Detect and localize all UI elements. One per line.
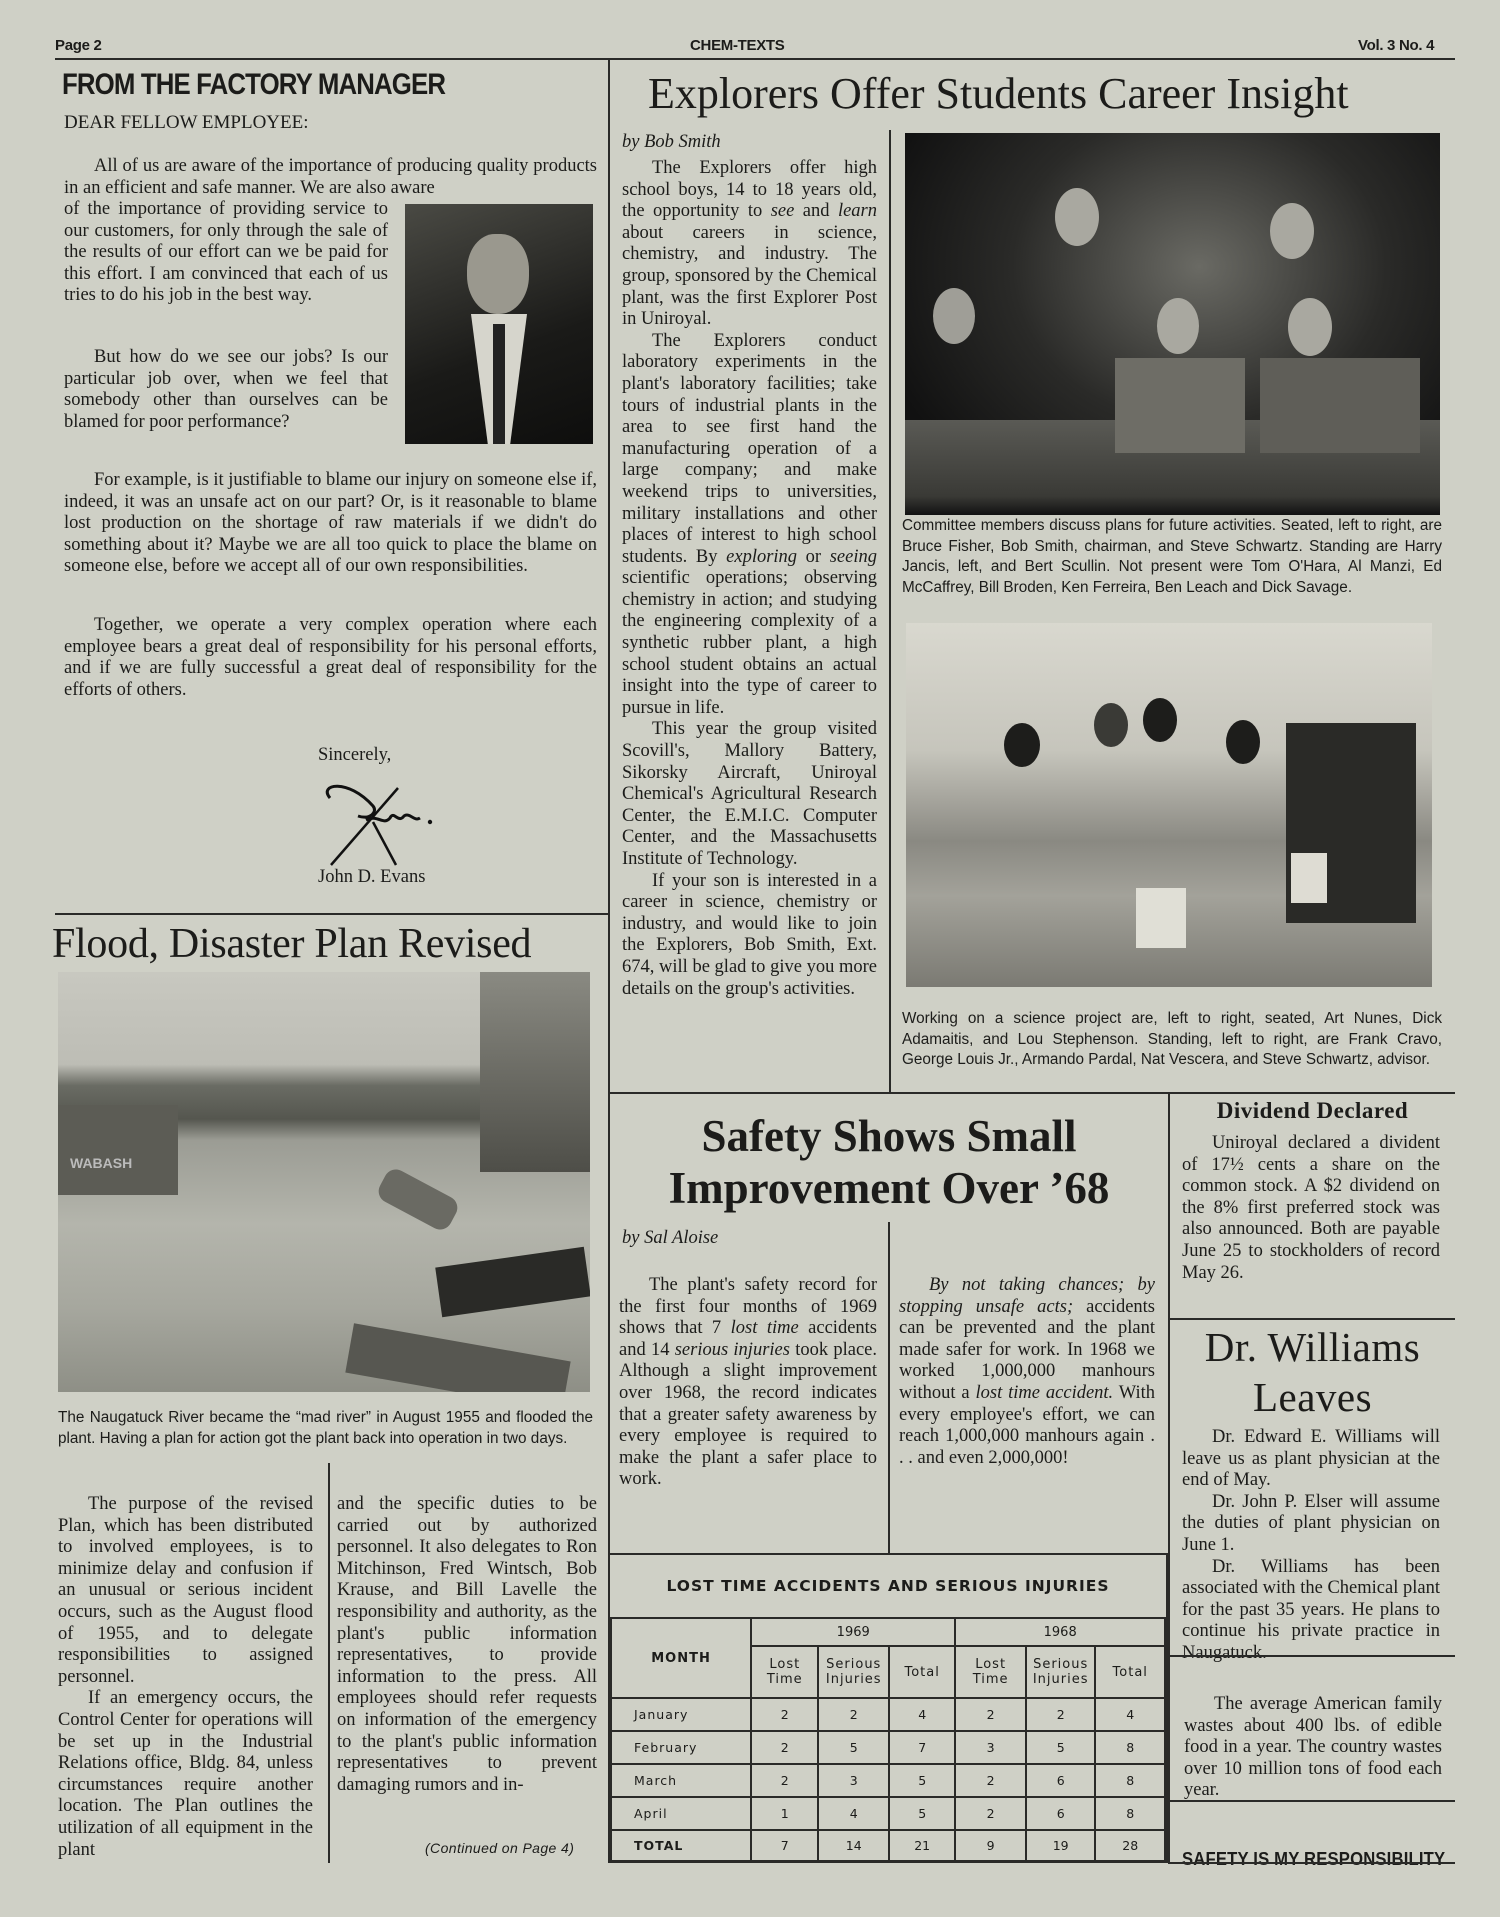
cell: 3 — [818, 1764, 889, 1797]
flood-column-1: The purpose of the revised Plan, which h… — [58, 1494, 313, 1861]
cell: 14 — [818, 1830, 889, 1861]
manager-portrait-photo — [405, 204, 593, 444]
cell: 5 — [889, 1797, 955, 1830]
bottom-rule — [1168, 1862, 1455, 1864]
safety-headline-line-1: Safety Shows Small — [610, 1110, 1168, 1162]
column-divider-explorers — [889, 130, 891, 1092]
explorers-byline: by Bob Smith — [622, 132, 721, 153]
col-serious-injuries: Serious Injuries — [1026, 1646, 1096, 1698]
table-total-row: TOTAL 71421 91928 — [611, 1830, 1165, 1861]
floating-tank — [374, 1165, 461, 1233]
student-head — [1004, 723, 1040, 767]
explorers-headline: Explorers Offer Students Career Insight — [648, 68, 1349, 119]
cell: 3 — [955, 1731, 1026, 1764]
williams-headline-line-1: Dr. Williams — [1170, 1322, 1455, 1372]
section-rule-food-top — [1168, 1655, 1455, 1657]
publication-title: CHEM-TEXTS — [690, 37, 785, 54]
boxcar-label: WABASH — [70, 1155, 132, 1171]
safety-column-1: The plant's safety record for the first … — [619, 1275, 877, 1491]
person-body — [1115, 358, 1245, 453]
cell: 9 — [955, 1830, 1026, 1861]
cell: 4 — [818, 1797, 889, 1830]
student-head — [1226, 720, 1260, 764]
continued-note[interactable]: (Continued on Page 4) — [425, 1840, 574, 1856]
safety-byline: by Sal Aloise — [622, 1228, 718, 1249]
cell: 5 — [818, 1731, 889, 1764]
safety-headline-line-2: Improvement Over ’68 — [610, 1162, 1168, 1214]
signature-icon — [318, 780, 438, 870]
williams-body: Dr. Edward E. Williams will leave us as … — [1182, 1427, 1440, 1665]
person-head — [1055, 188, 1099, 246]
cell: 7 — [751, 1830, 818, 1861]
page-number: Page 2 — [55, 37, 102, 54]
flood-column-divider — [328, 1463, 330, 1863]
flood-headline: Flood, Disaster Plan Revised — [52, 920, 531, 968]
letter-closing: Sincerely, — [318, 745, 391, 766]
williams-headline: Dr. Williams Leaves — [1170, 1322, 1455, 1422]
accidents-table: MONTH 1969 1968 Lost Time Serious Injuri… — [610, 1617, 1166, 1862]
committee-photo-caption: Committee members discuss plans for futu… — [902, 516, 1442, 598]
safety-slogan: SAFETY IS MY RESPONSIBILITY — [1182, 1848, 1445, 1870]
cell: 4 — [1095, 1698, 1165, 1731]
cell: 5 — [1026, 1731, 1096, 1764]
debris — [345, 1323, 570, 1392]
portrait-tie — [493, 324, 505, 444]
portrait-face — [467, 234, 529, 314]
table-row: January 224 224 — [611, 1698, 1165, 1731]
flood-photo-caption: The Naugatuck River became the “mad rive… — [58, 1408, 593, 1449]
food-fact-body: The average American family wastes about… — [1184, 1694, 1442, 1802]
committee-photo — [905, 133, 1440, 515]
cell: 28 — [1095, 1830, 1165, 1861]
cell: 4 — [889, 1698, 955, 1731]
year-header-1969: 1969 — [751, 1618, 955, 1646]
cell: 2 — [751, 1764, 818, 1797]
flood-column-2: and the specific duties to be carried ou… — [337, 1494, 597, 1796]
letter-heading: FROM THE FACTORY MANAGER — [62, 68, 445, 102]
person-head — [1288, 298, 1332, 356]
col-total: Total — [889, 1646, 955, 1698]
cell: 21 — [889, 1830, 955, 1861]
science-photo-caption: Working on a science project are, left t… — [902, 1009, 1442, 1071]
table-row: April 145 268 — [611, 1797, 1165, 1830]
letter-paragraph-2: But how do we see our jobs? Is our parti… — [64, 347, 388, 433]
cell: 8 — [1095, 1731, 1165, 1764]
table-row: February 257 358 — [611, 1731, 1165, 1764]
cell: 2 — [955, 1797, 1026, 1830]
col-serious-injuries: Serious Injuries — [818, 1646, 889, 1698]
letter-paragraph-1-wrap: of the importance of providing service t… — [64, 199, 388, 307]
table-title: LOST TIME ACCIDENTS AND SERIOUS INJURIES — [610, 1577, 1166, 1595]
williams-headline-line-2: Leaves — [1170, 1372, 1455, 1422]
project-box — [1291, 853, 1327, 903]
row-month: TOTAL — [611, 1830, 751, 1861]
row-month: January — [611, 1698, 751, 1731]
dividend-body: Uniroyal declared a divident of 17½ cent… — [1182, 1133, 1440, 1284]
accidents-table-box: LOST TIME ACCIDENTS AND SERIOUS INJURIES… — [608, 1553, 1168, 1863]
row-month: March — [611, 1764, 751, 1797]
cell: 2 — [1026, 1698, 1096, 1731]
dividend-headline: Dividend Declared — [1170, 1098, 1455, 1124]
person-body — [1260, 358, 1420, 453]
explorers-body: The Explorers offer high school boys, 14… — [622, 158, 877, 1000]
cell: 2 — [955, 1698, 1026, 1731]
plant-building — [480, 972, 590, 1172]
header-rule — [55, 58, 1455, 60]
cell: 2 — [751, 1698, 818, 1731]
letter-paragraph-1-top: All of us are aware of the importance of… — [64, 156, 597, 199]
col-lost-time: Lost Time — [751, 1646, 818, 1698]
table-row: March 235 268 — [611, 1764, 1165, 1797]
signature-name: John D. Evans — [318, 867, 425, 888]
person-head — [1157, 298, 1199, 354]
safety-column-divider — [888, 1222, 890, 1553]
cell: 5 — [889, 1764, 955, 1797]
boxcar: WABASH — [58, 1105, 178, 1195]
letter-paragraph-3: For example, is it justifiable to blame … — [64, 470, 597, 578]
section-rule-safety-top — [608, 1092, 1455, 1094]
letter-salutation: DEAR FELLOW EMPLOYEE: — [64, 112, 309, 134]
cell: 19 — [1026, 1830, 1096, 1861]
section-rule-williams-top — [1168, 1318, 1455, 1320]
section-rule-flood-top — [55, 913, 608, 915]
safety-column-2: By not taking chances; by stopping unsaf… — [899, 1275, 1155, 1469]
person-head — [933, 288, 975, 344]
cell: 6 — [1026, 1764, 1096, 1797]
row-month: April — [611, 1797, 751, 1830]
month-header: MONTH — [611, 1618, 751, 1698]
cell: 8 — [1095, 1764, 1165, 1797]
cell: 2 — [751, 1731, 818, 1764]
science-project-photo — [906, 623, 1432, 987]
col-lost-time: Lost Time — [955, 1646, 1026, 1698]
person-head — [1270, 203, 1314, 259]
column-divider-right — [1168, 1092, 1170, 1863]
cell: 2 — [818, 1698, 889, 1731]
cell: 8 — [1095, 1797, 1165, 1830]
cell: 2 — [955, 1764, 1026, 1797]
student-head — [1094, 703, 1128, 747]
row-month: February — [611, 1731, 751, 1764]
year-header-1968: 1968 — [955, 1618, 1165, 1646]
col-total: Total — [1095, 1646, 1165, 1698]
debris — [435, 1247, 590, 1317]
volume-number: Vol. 3 No. 4 — [1358, 37, 1434, 54]
student-head — [1143, 698, 1177, 742]
cell: 6 — [1026, 1797, 1096, 1830]
section-rule-slogan-top — [1168, 1800, 1455, 1802]
cell: 7 — [889, 1731, 955, 1764]
letter-paragraph-4: Together, we operate a very complex oper… — [64, 615, 597, 701]
cell: 1 — [751, 1797, 818, 1830]
safety-headline: Safety Shows Small Improvement Over ’68 — [610, 1110, 1168, 1214]
flood-photo: WABASH — [58, 972, 590, 1392]
project-box — [1136, 888, 1186, 948]
